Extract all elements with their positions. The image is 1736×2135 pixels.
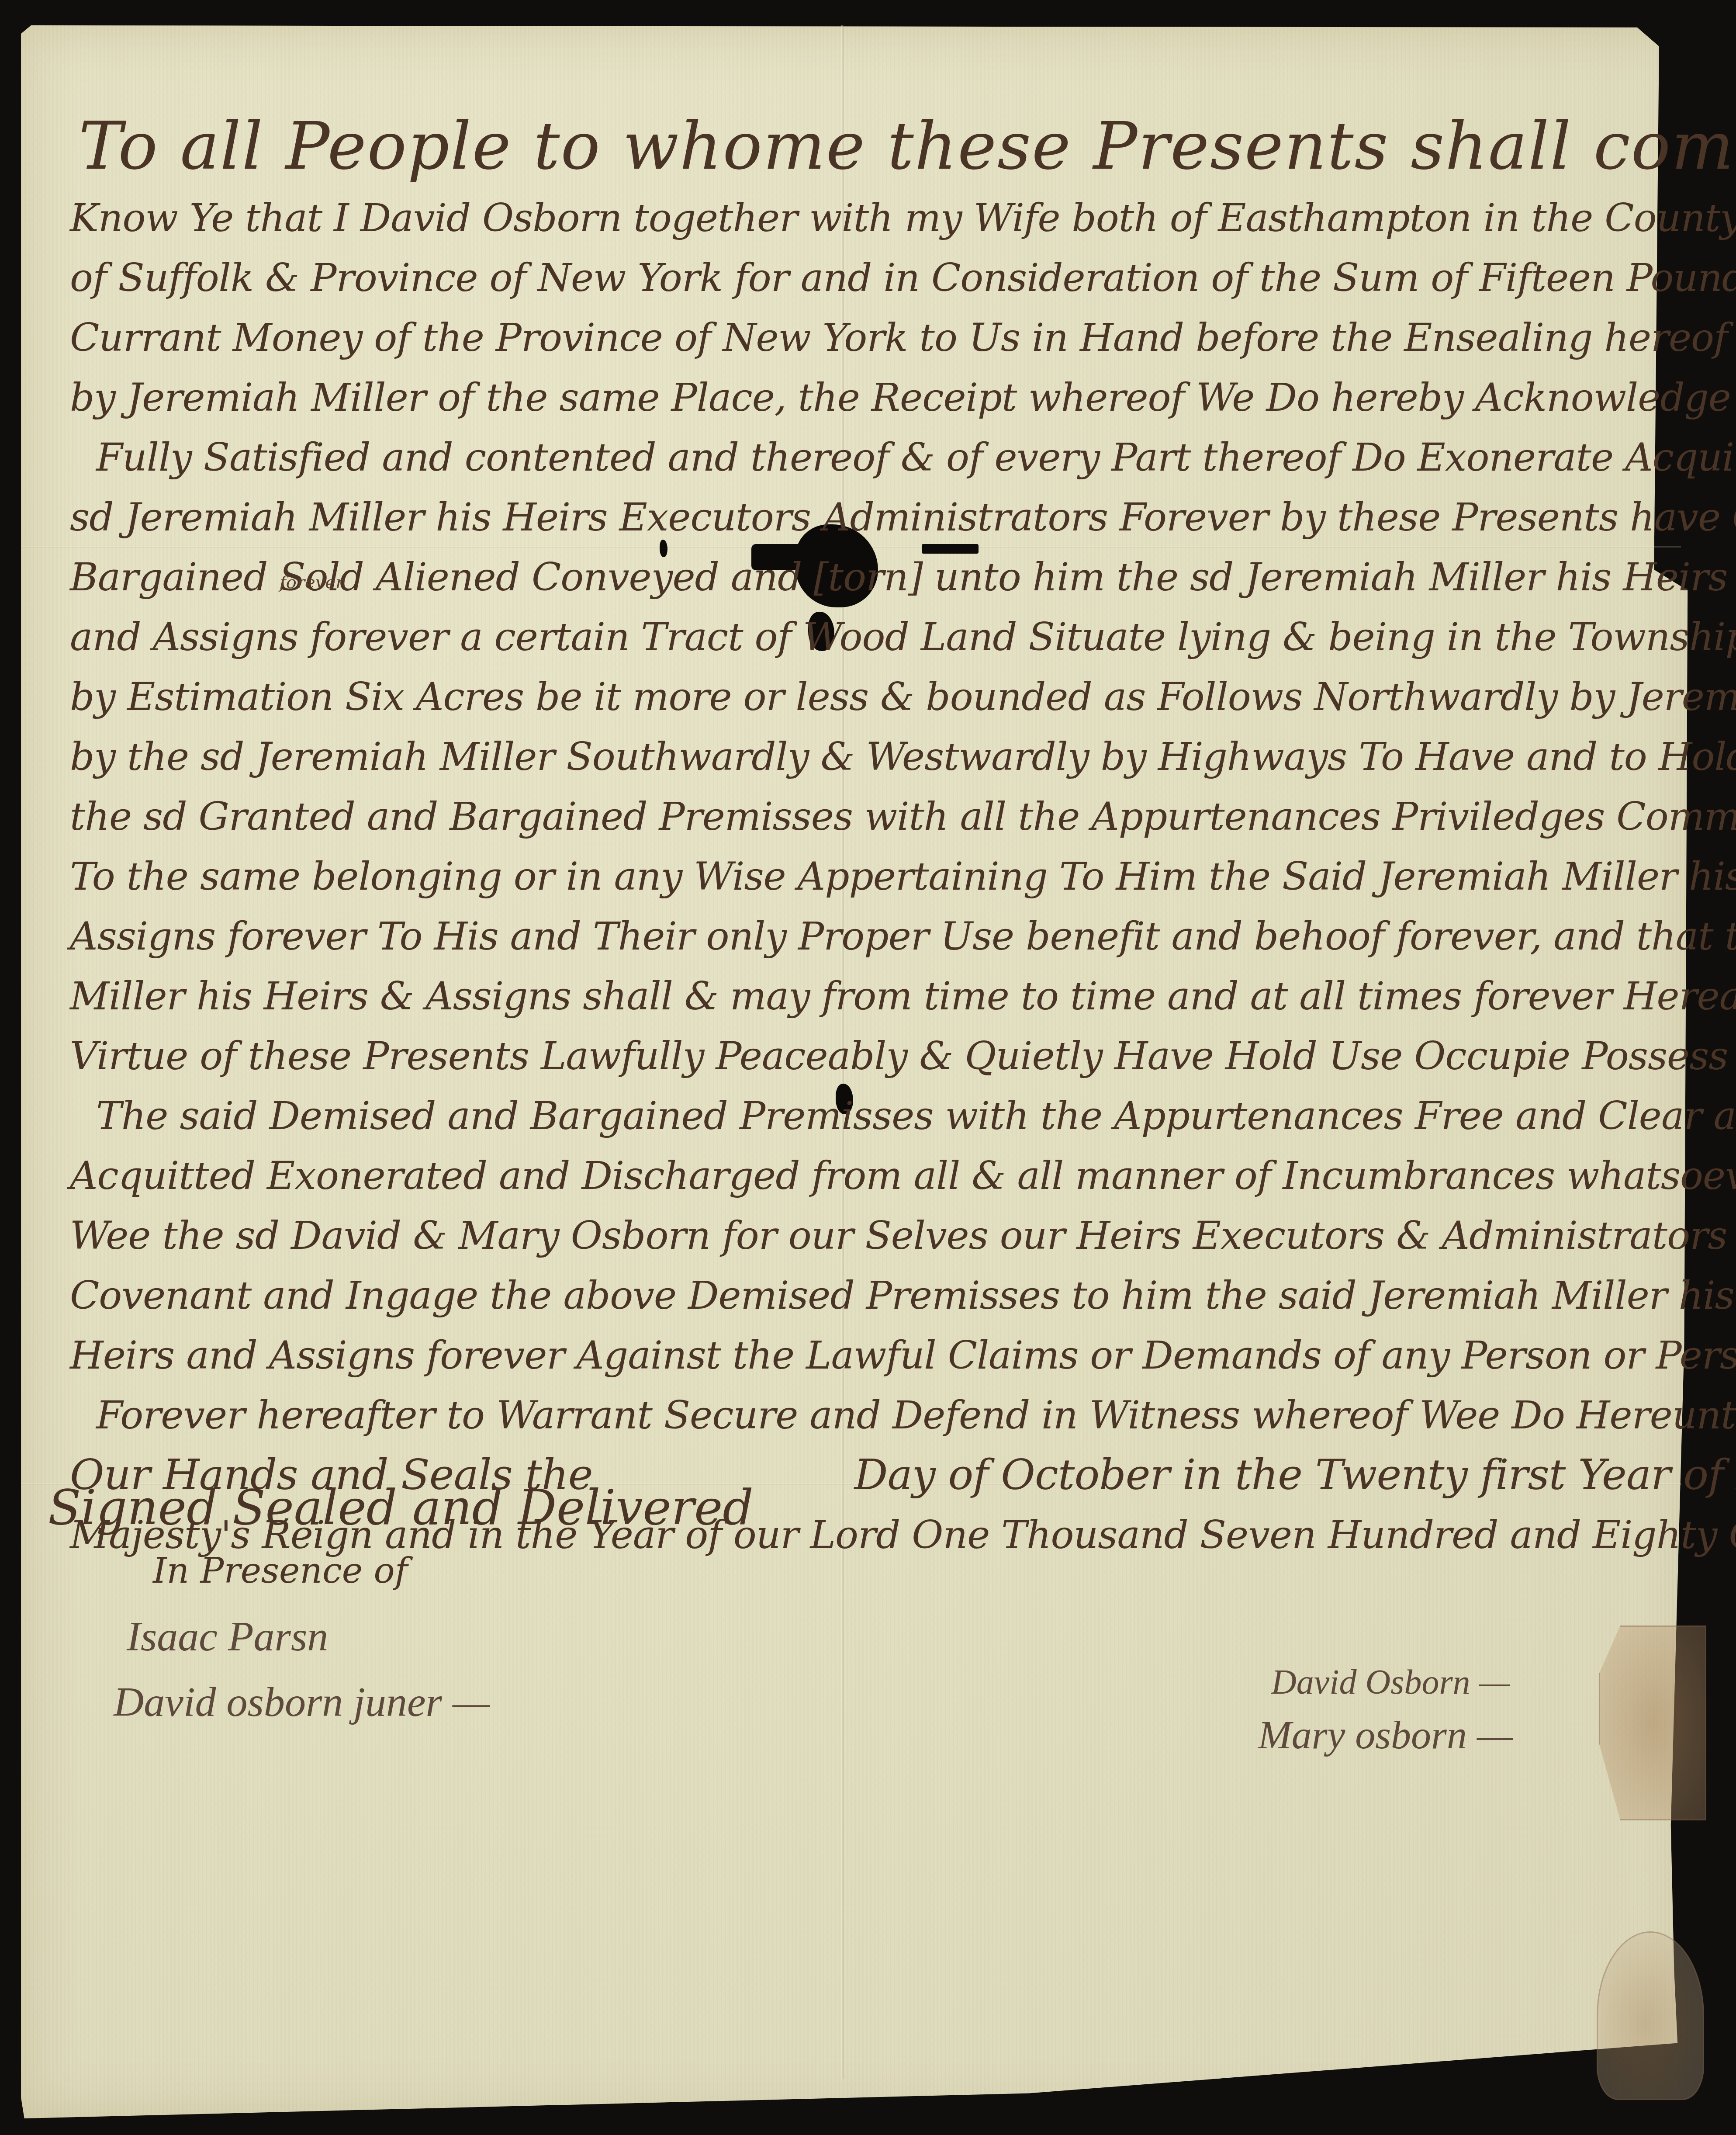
deed-line-2: of Suffolk & Province of New York for an… bbox=[70, 248, 1695, 308]
attestation-heading: Signed Sealed and Delivered bbox=[48, 1477, 754, 1538]
wax-seal-upper bbox=[1599, 1626, 1706, 1820]
deed-line-1: Know Ye that I David Osborn together wit… bbox=[70, 188, 1695, 248]
deed-line-8: and Assigns forever a certain Tract of W… bbox=[70, 607, 1695, 667]
deed-line-3: Currant Money of the Province of New Yor… bbox=[70, 308, 1695, 367]
deed-line-12: To the same belonging or in any Wise App… bbox=[70, 846, 1695, 906]
deed-line-22-end: Day of October in the Twenty first Year … bbox=[854, 1450, 1736, 1499]
witness-signature-1: Isaac Parsn bbox=[127, 1604, 754, 1669]
deed-line-17: Acquitted Exonerated and Discharged from… bbox=[70, 1146, 1695, 1206]
grantor-signature-mary: Mary osborn — bbox=[1258, 1709, 1513, 1761]
deed-line-5: Fully Satisfied and contented and thereo… bbox=[70, 427, 1695, 487]
interlinear-insertion: forever bbox=[280, 572, 344, 593]
attestation-subheading: In Presence of bbox=[153, 1538, 754, 1604]
attestation-block: Signed Sealed and Delivered In Presence … bbox=[48, 1477, 754, 1735]
deed-line-13: Assigns forever To His and Their only Pr… bbox=[70, 906, 1695, 966]
deed-line-11: the sd Granted and Bargained Premisses w… bbox=[70, 787, 1695, 846]
wax-seal-lower bbox=[1597, 1931, 1704, 2100]
deed-line-20: Heirs and Assigns forever Against the La… bbox=[70, 1325, 1695, 1385]
deed-line-18: Wee the sd David & Mary Osborn for our S… bbox=[70, 1206, 1695, 1265]
deed-line-10: by the sd Jeremiah Miller Southwardly & … bbox=[70, 727, 1695, 787]
deed-line-19: Covenant and Ingage the above Demised Pr… bbox=[70, 1265, 1695, 1325]
deed-line-15: Virtue of these Presents Lawfully Peacea… bbox=[70, 1026, 1695, 1086]
deed-text-block: To all People to whome these Presents sh… bbox=[70, 105, 1695, 1565]
deed-heading: To all People to whome these Presents sh… bbox=[79, 105, 1695, 188]
deed-line-16: The said Demised and Bargained Premisses… bbox=[70, 1086, 1695, 1146]
grantor-signature-david: David Osborn — bbox=[1271, 1656, 1513, 1709]
grantor-signatures: David Osborn — Mary osborn — bbox=[1258, 1656, 1513, 1761]
witness-signature-2: David osborn juner — bbox=[114, 1669, 754, 1735]
deed-line-14: Miller his Heirs & Assigns shall & may f… bbox=[70, 966, 1695, 1026]
deed-line-21: Forever hereafter to Warrant Secure and … bbox=[70, 1385, 1695, 1445]
deed-line-9: by Estimation Six Acres be it more or le… bbox=[70, 667, 1695, 727]
deed-line-6: sd Jeremiah Miller his Heirs Executors A… bbox=[70, 487, 1695, 547]
deed-line-4: by Jeremiah Miller of the same Place, th… bbox=[70, 367, 1695, 427]
